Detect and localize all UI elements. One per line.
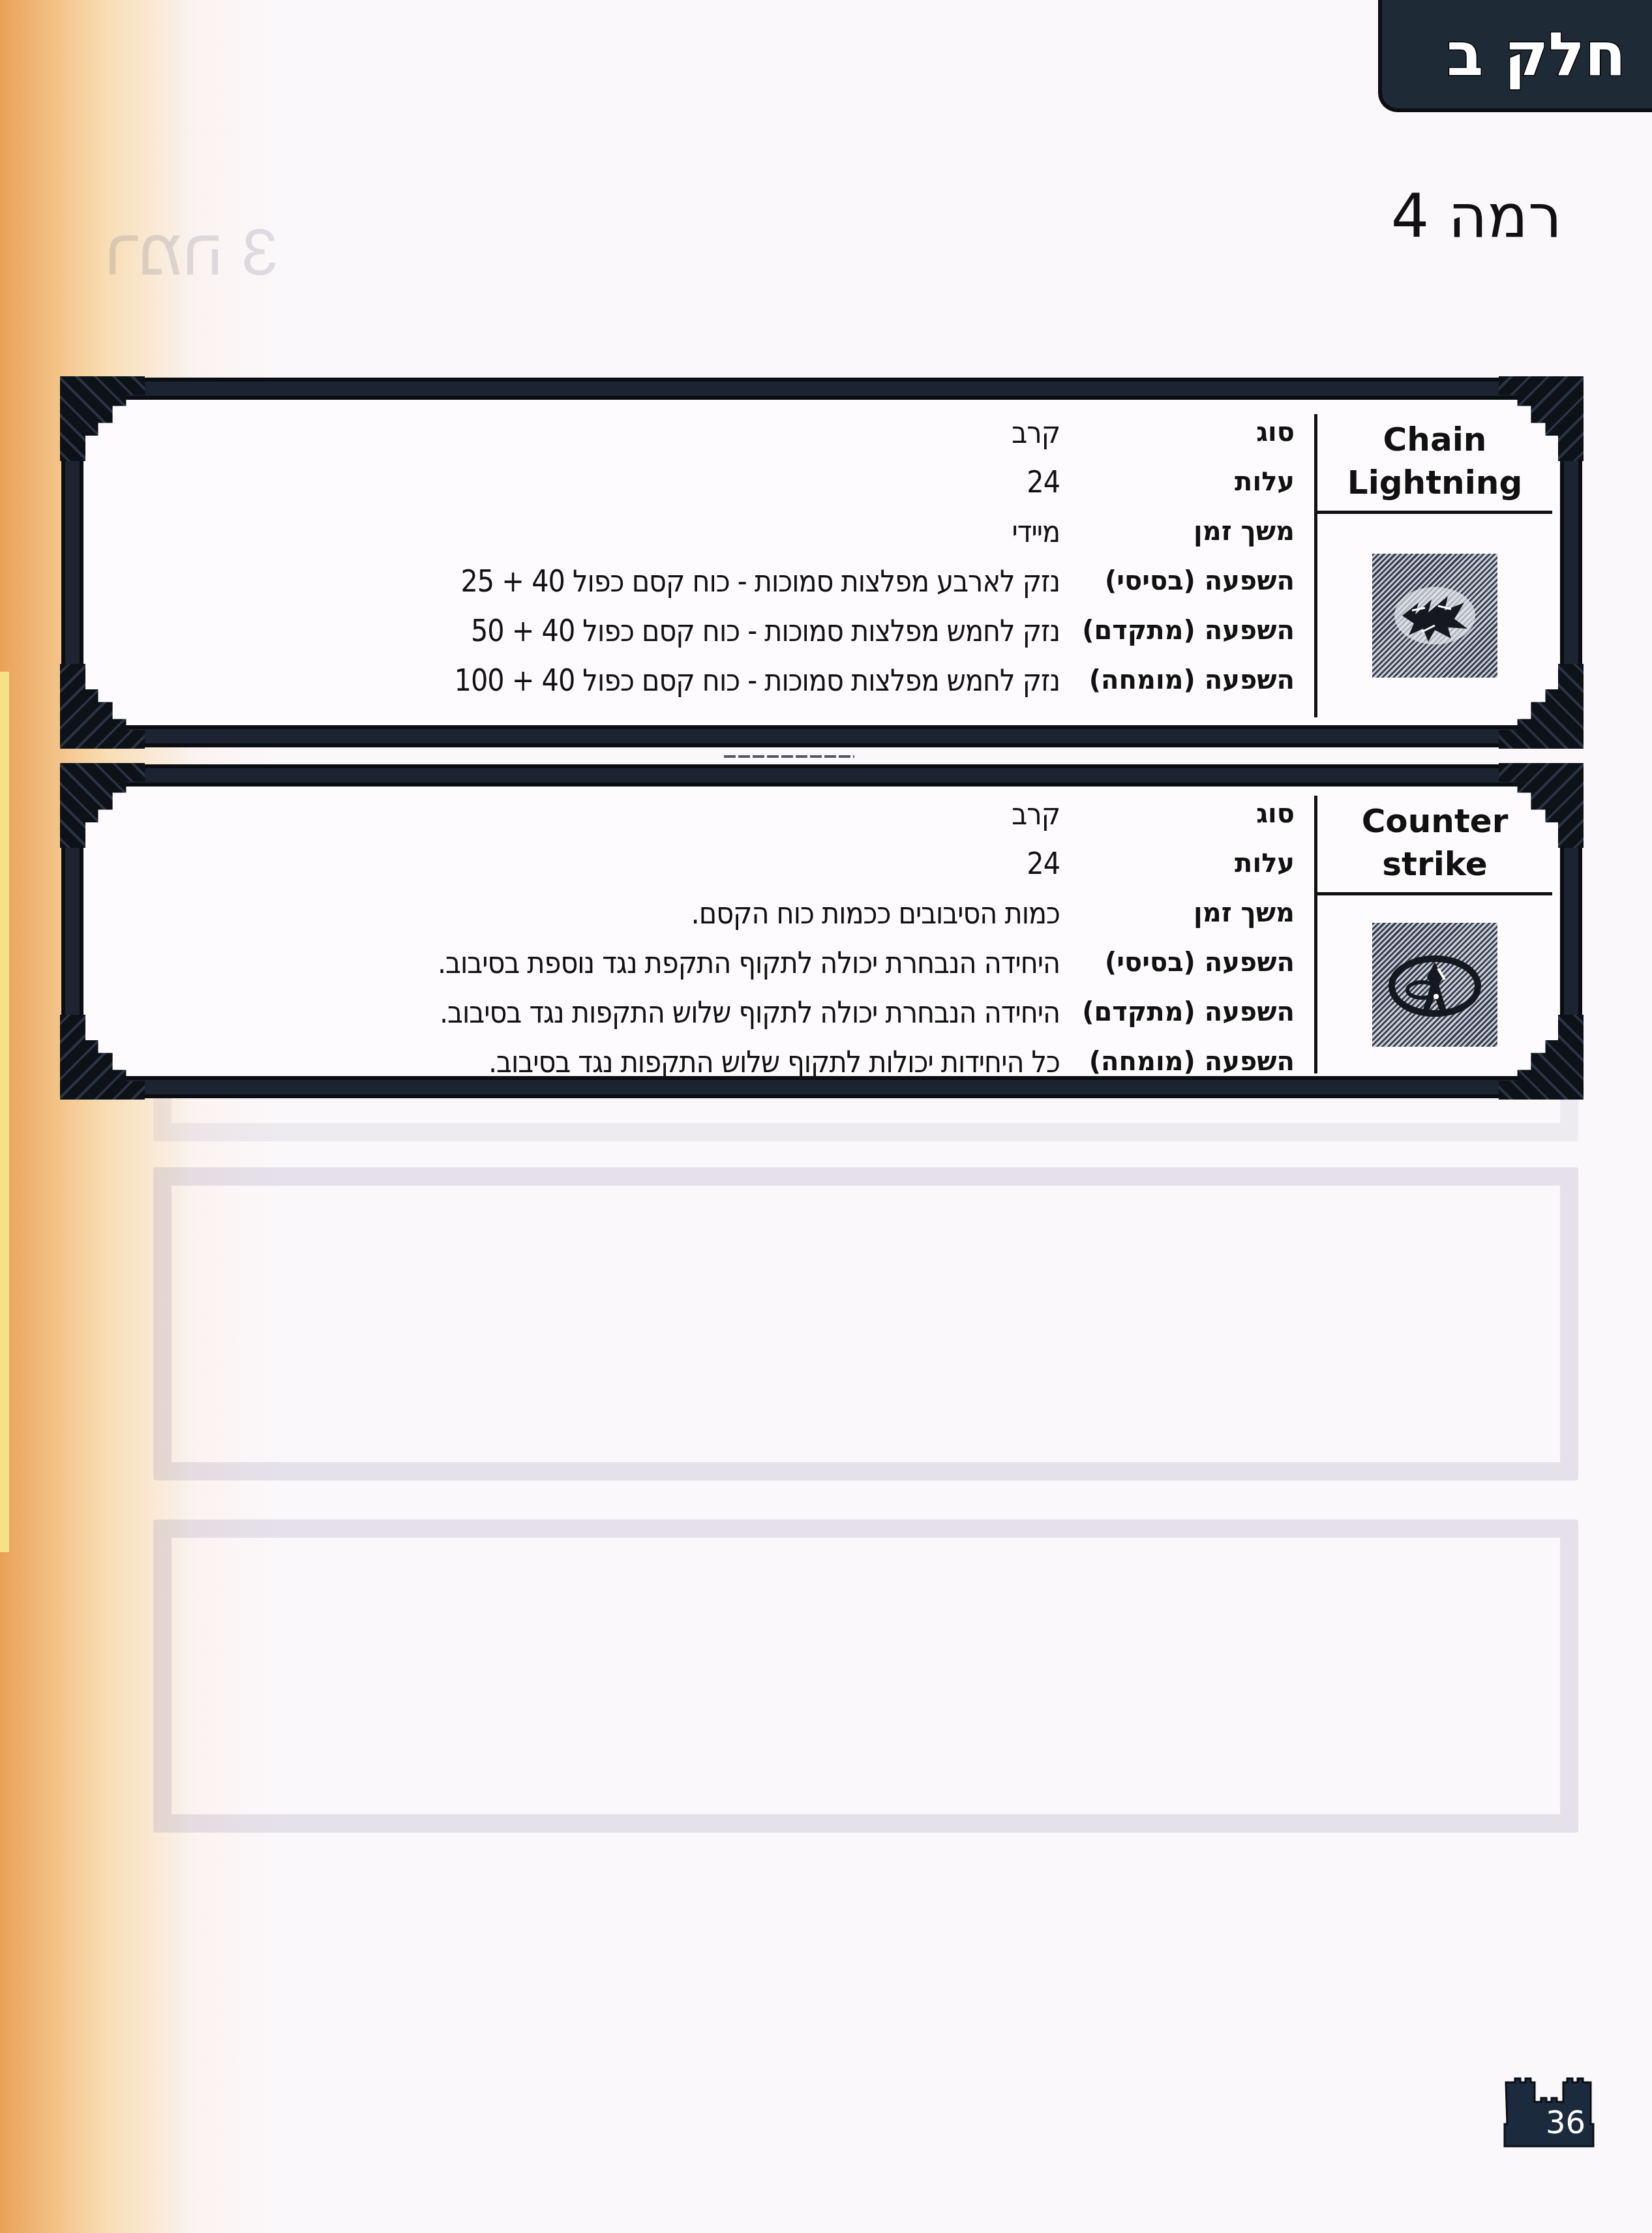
value-effect-basic: היחידה הנבחרת יכולה לתקוף התקפת נגד נוספ… (91, 938, 1060, 987)
field-labels: סוג עלות משך זמן השפעה (בסיסי) השפעה (מת… (1079, 408, 1314, 717)
show-through-card (153, 1167, 1578, 1480)
spell-name-column: Counter strike (1314, 796, 1552, 1073)
value-cost: 24 (91, 839, 1060, 888)
value-effect-expert: כל היחידות יכולות לתקוף שלוש התקפות נגד … (91, 1037, 1060, 1087)
section-tab: חלק ב (1378, 0, 1652, 112)
label-type: סוג (1079, 789, 1295, 839)
label-effect-basic: השפעה (בסיסי) (1079, 556, 1295, 606)
spell-card-chain-lightning: Chain Lightning סוג עלות משך זמן השפעה (… (65, 382, 1578, 743)
label-effect-expert: השפעה (מומחה) (1079, 655, 1295, 705)
value-duration: מיידי (91, 507, 1060, 556)
level-title: רמה 4 (1391, 181, 1562, 251)
label-effect-basic: השפעה (בסיסי) (1079, 938, 1295, 987)
page-number-badge: 36 (1503, 2077, 1595, 2149)
spell-name-column: Chain Lightning (1314, 414, 1552, 717)
label-effect-advanced: השפעה (מתקדם) (1079, 606, 1295, 655)
label-cost: עלות (1079, 457, 1295, 507)
spell-card-counter-strike: Counter strike סוג עלות משך זמן השפעה (ב… (65, 768, 1578, 1094)
spell-name: Counter strike (1317, 796, 1552, 895)
field-labels: סוג עלות משך זמן השפעה (בסיסי) השפעה (מת… (1079, 789, 1314, 1073)
label-effect-expert: השפעה (מומחה) (1079, 1037, 1295, 1087)
section-tab-label: חלק ב (1447, 20, 1626, 89)
label-duration: משך זמן (1079, 507, 1295, 556)
value-effect-basic: נזק לארבע מפלצות סמוכות - כוח קסם כפול 4… (91, 556, 1060, 606)
counter-strike-warrior-icon (1372, 923, 1497, 1047)
value-type: קרב (91, 789, 1060, 839)
value-cost: 24 (91, 457, 1060, 507)
page-number: 36 (1546, 2105, 1585, 2141)
label-cost: עלות (1079, 839, 1295, 888)
card-separator (724, 755, 854, 758)
label-effect-advanced: השפעה (מתקדם) (1079, 987, 1295, 1037)
show-through-title: רמה 3 (104, 215, 278, 290)
value-effect-advanced: היחידה הנבחרת יכולה לתקוף שלוש התקפות נג… (91, 987, 1060, 1037)
field-values: קרב 24 מיידי נזק לארבע מפלצות סמוכות - כ… (91, 408, 1079, 717)
spell-name: Chain Lightning (1317, 414, 1552, 514)
show-through-card (153, 1520, 1578, 1833)
label-duration: משך זמן (1079, 888, 1295, 938)
value-duration: כמות הסיבובים ככמות כוח הקסם. (91, 888, 1060, 938)
value-type: קרב (91, 408, 1060, 457)
gutter-edge (0, 672, 9, 1552)
value-effect-expert: נזק לחמש מפלצות סמוכות - כוח קסם כפול 40… (91, 655, 1060, 705)
field-values: קרב 24 כמות הסיבובים ככמות כוח הקסם. היח… (91, 789, 1079, 1073)
value-effect-advanced: נזק לחמש מפלצות סמוכות - כוח קסם כפול 40… (91, 606, 1060, 655)
lightning-swirl-icon (1372, 554, 1497, 678)
label-type: סוג (1079, 408, 1295, 457)
